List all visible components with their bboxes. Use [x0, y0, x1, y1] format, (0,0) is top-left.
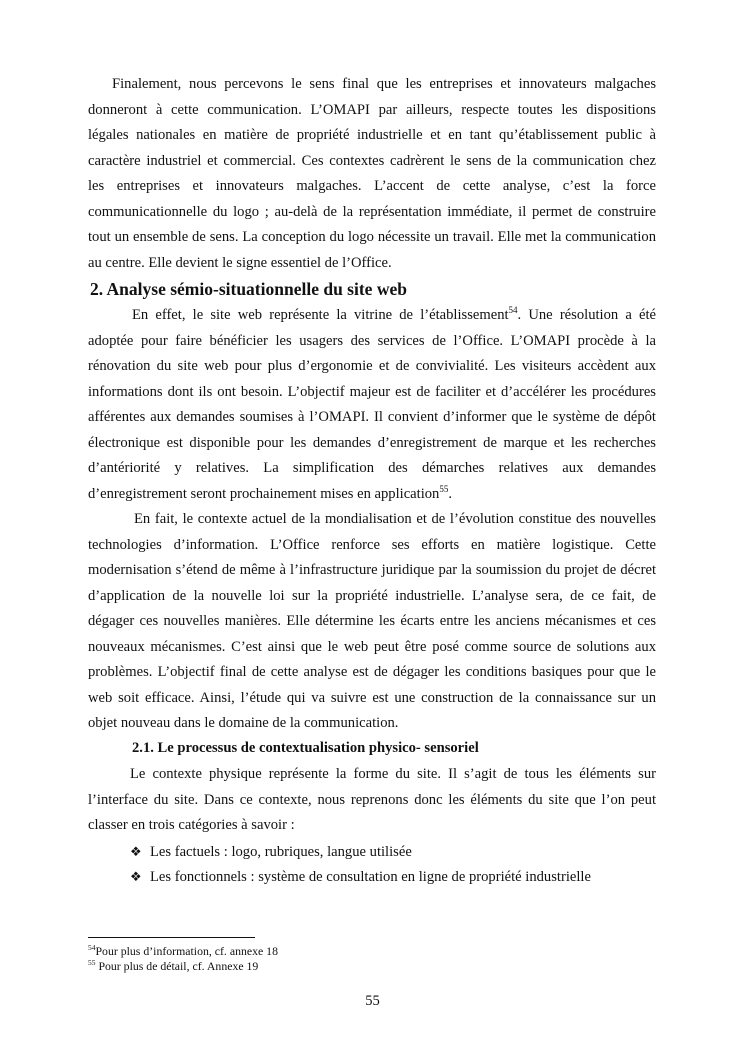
footnote-ref[interactable]: 55 — [439, 484, 448, 494]
text-line: légales nationales en matière de proprié… — [88, 123, 656, 148]
text-line: informations dont ils ont besoin. L’obje… — [88, 380, 656, 405]
text-line: afférentes aux demandes soumises à l’OMA… — [88, 405, 656, 430]
page-number: 55 — [0, 993, 745, 1010]
footnote-54: 54Pour plus d’information, cf. annexe 18 — [88, 944, 278, 958]
list-item: ❖Les fonctionnels : système de consultat… — [130, 864, 656, 889]
footnote-55: 55 Pour plus de détail, cf. Annexe 19 — [88, 959, 258, 973]
text-line: communicationnelle du logo ; au-delà de … — [88, 200, 656, 225]
text-line: dégager ces nouvelles manières. Elle dét… — [88, 609, 656, 634]
text-line: nouveaux mécanismes. C’est ainsi que le … — [88, 635, 656, 660]
footnote-ref[interactable]: 54 — [509, 305, 518, 315]
diamond-bullet-icon: ❖ — [130, 864, 150, 889]
text-line: En fait, le contexte actuel de la mondia… — [88, 507, 656, 532]
text-line: En effet, le site web représente la vitr… — [88, 303, 656, 328]
text-line: Le contexte physique représente la forme… — [88, 762, 656, 787]
text-line: d’enregistrement seront prochainement mi… — [88, 482, 656, 507]
text-line: l’interface du site. Dans ce contexte, n… — [88, 788, 656, 813]
footnote-separator — [88, 937, 255, 938]
diamond-bullet-icon: ❖ — [130, 839, 150, 864]
list-item: ❖Les factuels : logo, rubriques, langue … — [130, 839, 656, 864]
text-line: d’application de la nouvelle loi sur la … — [88, 584, 656, 609]
text-line: les entreprises et innovateurs malgaches… — [88, 174, 656, 199]
text-line: web soit efficace. Ainsi, l’étude qui va… — [88, 686, 656, 711]
text-line: tout un ensemble de sens. La conception … — [88, 225, 656, 250]
text-line: électronique est disponible pour les dem… — [88, 431, 656, 456]
text-line: d’antériorité y relatives. La simplifica… — [88, 456, 656, 481]
text-line: technologies d’information. L’Office ren… — [88, 533, 656, 558]
text-line: modernisation s’étend de même à l’infras… — [88, 558, 656, 583]
text-line: rénovation du site web pour plus d’ergon… — [88, 354, 656, 379]
text-line: problèmes. L’objectif final de cette ana… — [88, 660, 656, 685]
text-line: adoptée pour faire bénéficier les usager… — [88, 329, 656, 354]
subsection-heading: 2.1. Le processus de contextualisation p… — [132, 736, 700, 761]
text-line: classer en trois catégories à savoir : — [88, 813, 656, 838]
section-heading: 2. Analyse sémio-situationnelle du site … — [90, 277, 658, 302]
text-line: Finalement, nous percevons le sens final… — [88, 72, 656, 97]
text-line: au centre. Elle devient le signe essenti… — [88, 251, 656, 276]
text-line: objet nouveau dans le domaine de la comm… — [88, 711, 656, 736]
text-line: caractère industriel et commercial. Ces … — [88, 149, 656, 174]
text-line: donneront à cette communication. L’OMAPI… — [88, 98, 656, 123]
